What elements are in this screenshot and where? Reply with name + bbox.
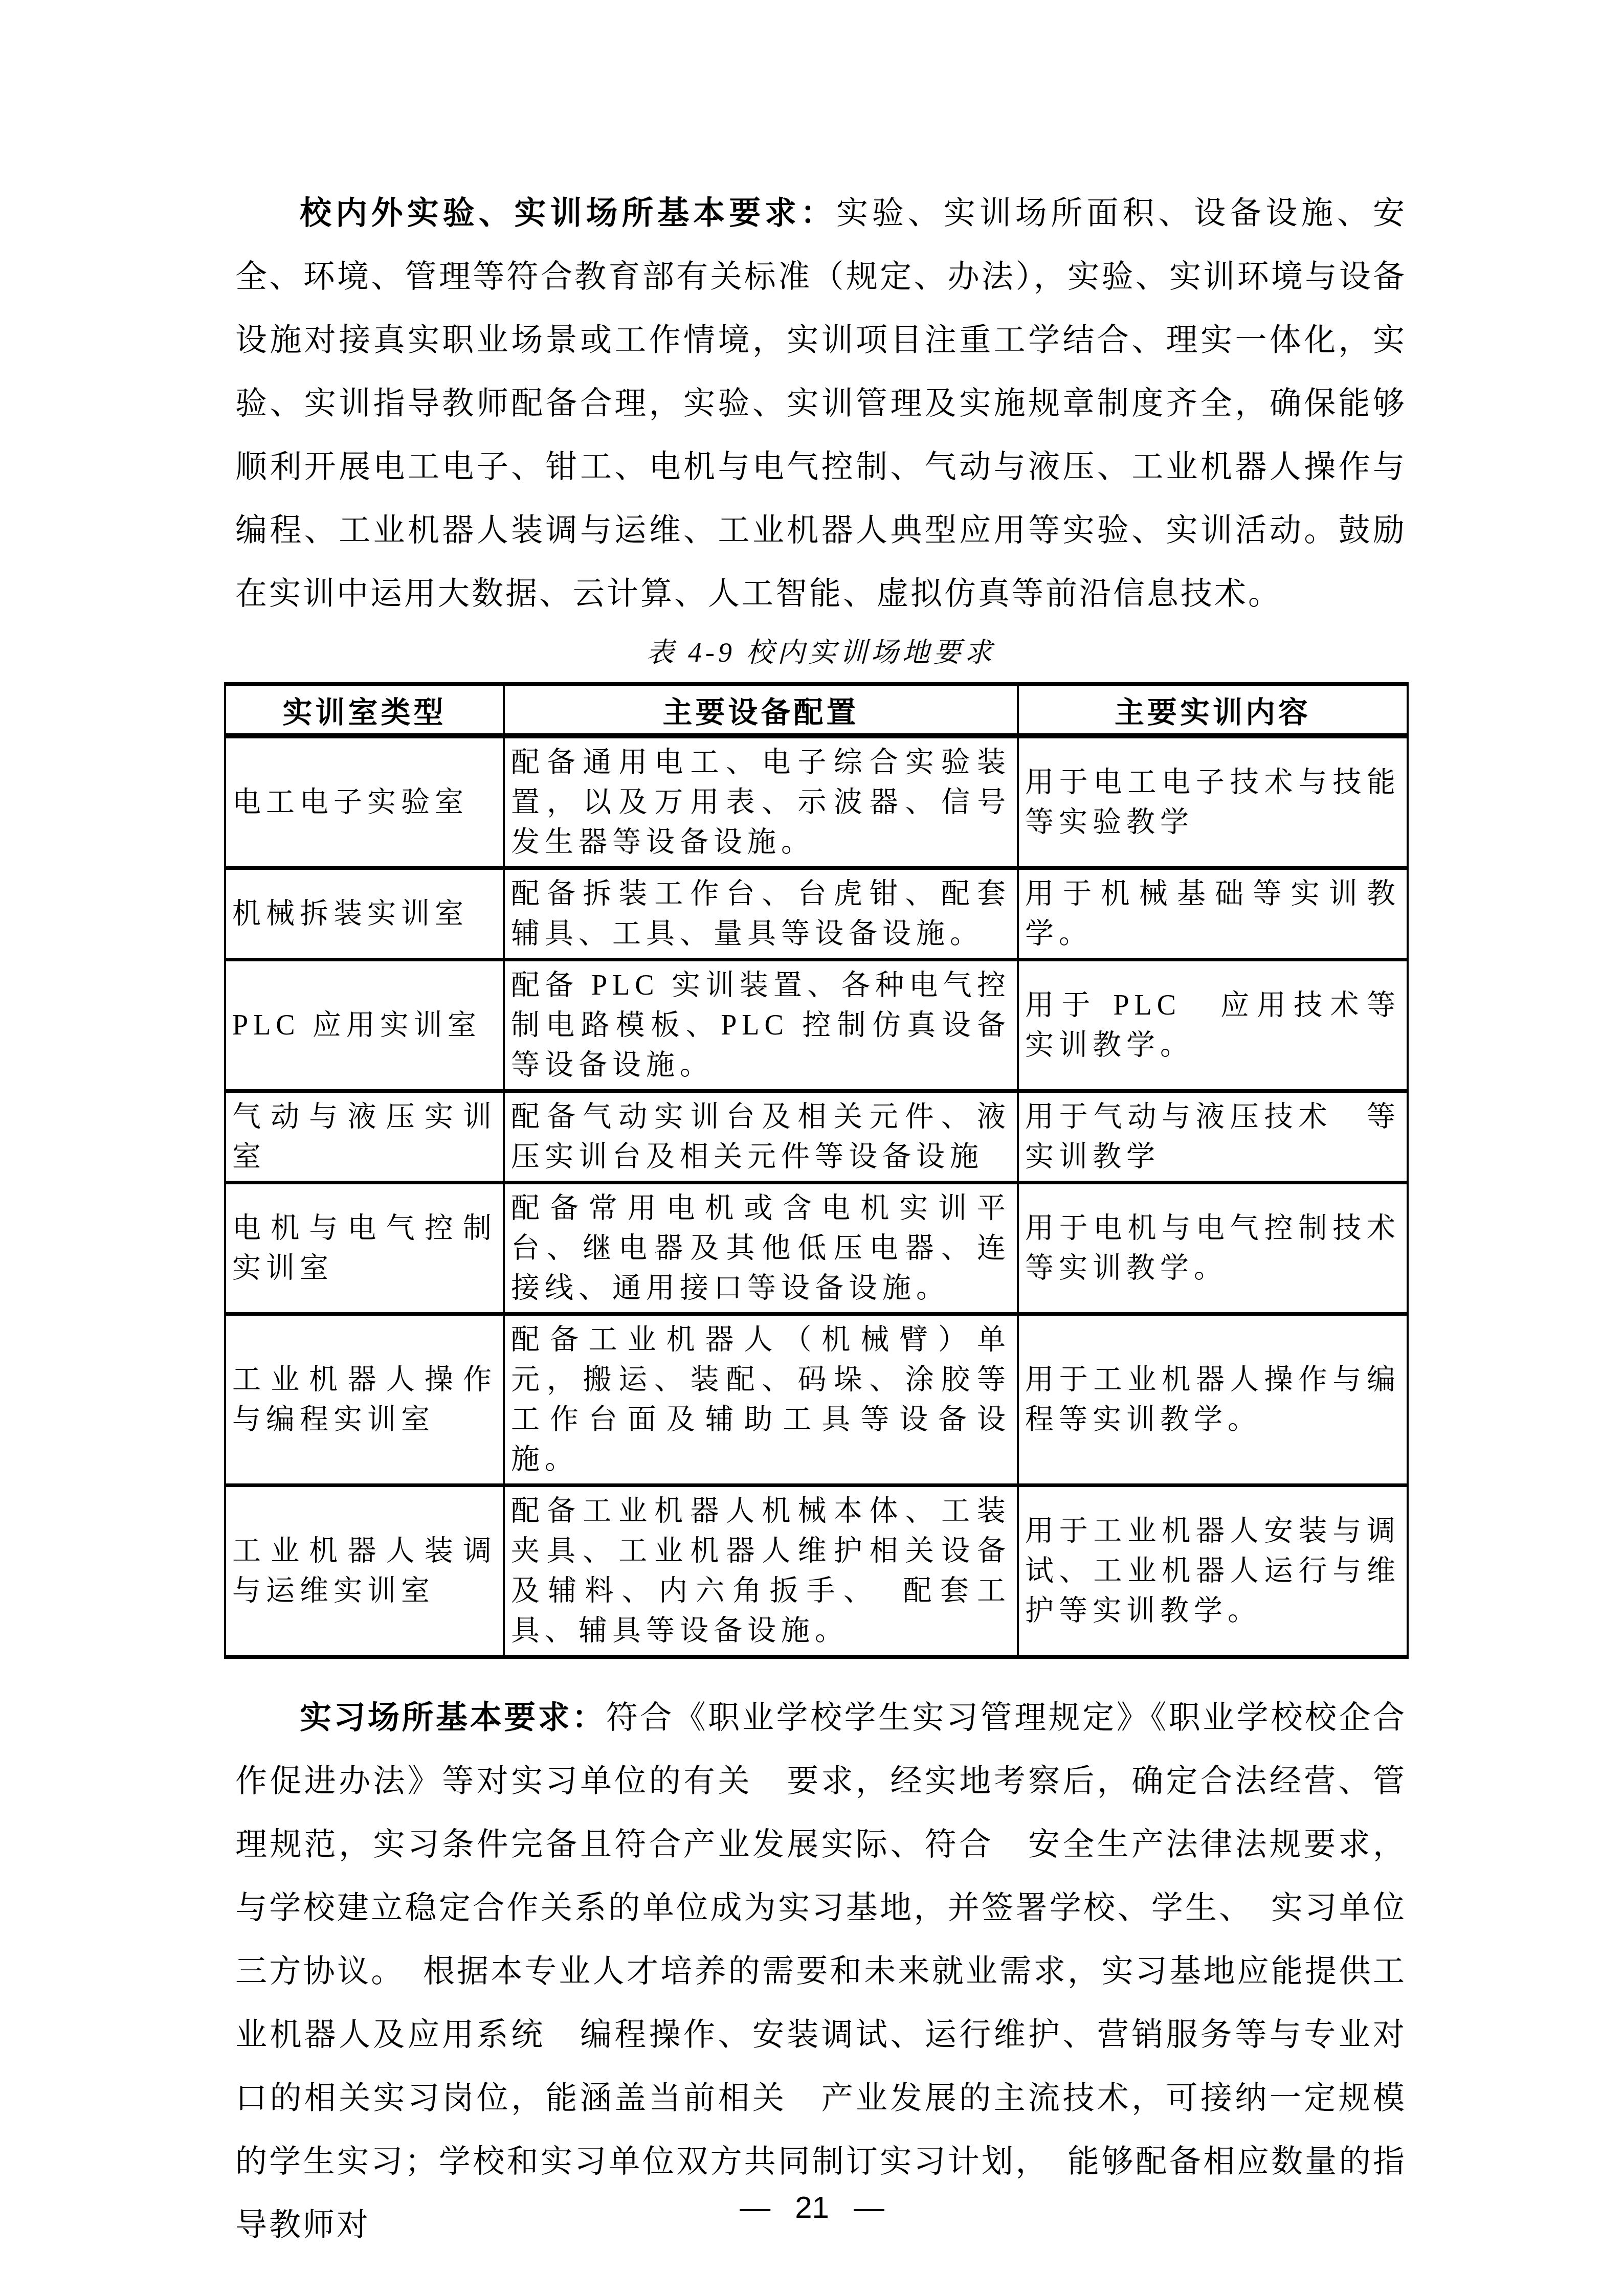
cell-equipment: 配备拆装工作台、台虎钳、配套辅具、工具、量具等设备设施。 bbox=[504, 868, 1018, 960]
cell-training-content: 用于工业机器人安装与调试、工业机器人运行与维护等实训教学。 bbox=[1018, 1485, 1408, 1657]
paragraph-facility-requirements-lead: 校内外实验、实训场所基本要求： bbox=[300, 196, 836, 231]
cell-room-type: 机械拆装实训室 bbox=[225, 868, 504, 960]
document-page: 校内外实验、实训场所基本要求：实验、实训场所面积、设备设施、安全、环境、管理等符… bbox=[0, 0, 1624, 2296]
table-row: 机械拆装实训室 配备拆装工作台、台虎钳、配套辅具、工具、量具等设备设施。 用于机… bbox=[225, 868, 1408, 960]
page-footer: —21— bbox=[0, 2190, 1624, 2225]
page-footer-dash-left: — bbox=[740, 2190, 770, 2224]
table-row: 工业机器人装调与运维实训室 配备工业机器人机械本体、工装夹具、工业机器人维护相关… bbox=[225, 1485, 1408, 1657]
paragraph-internship-requirements-lead: 实习场所基本要求： bbox=[300, 1701, 606, 1736]
table-header-row: 实训室类型 主要设备配置 主要实训内容 bbox=[225, 684, 1408, 736]
table-row: 电工电子实验室 配备通用电工、电子综合实验装置，以及万用表、示波器、信号发生器等… bbox=[225, 736, 1408, 868]
paragraph-internship-requirements: 实习场所基本要求：符合《职业学校学生实习管理规定》《职业学校校企合作促进办法》等… bbox=[235, 1686, 1407, 2257]
cell-training-content: 用于气动与液压技术 等实训教学 bbox=[1018, 1091, 1408, 1183]
cell-training-content: 用于电机与电气控制技术等实训教学。 bbox=[1018, 1183, 1408, 1314]
paragraph-facility-requirements: 校内外实验、实训场所基本要求：实验、实训场所面积、设备设施、安全、环境、管理等符… bbox=[235, 182, 1407, 626]
cell-room-type: 气动与液压实训室 bbox=[225, 1091, 504, 1183]
cell-equipment: 配备工业机器人机械本体、工装夹具、工业机器人维护相关设备及辅料、内六角扳手、 配… bbox=[504, 1485, 1018, 1657]
cell-equipment: 配备 PLC 实训装置、各种电气控制电路模板、PLC 控制仿真设备等设备设施。 bbox=[504, 960, 1018, 1091]
col-header-equipment: 主要设备配置 bbox=[504, 684, 1018, 736]
col-header-training-content: 主要实训内容 bbox=[1018, 684, 1408, 736]
table-row: PLC 应用实训室 配备 PLC 实训装置、各种电气控制电路模板、PLC 控制仿… bbox=[225, 960, 1408, 1091]
cell-room-type: PLC 应用实训室 bbox=[225, 960, 504, 1091]
paragraph-facility-requirements-text: 实验、实训场所面积、设备设施、安全、环境、管理等符合教育部有关标准（规定、办法）… bbox=[235, 196, 1407, 612]
cell-equipment: 配备常用电机或含电机实训平台、继电器及其他低压电器、连接线、通用接口等设备设施。 bbox=[504, 1183, 1018, 1314]
paragraph-internship-requirements-text: 符合《职业学校学生实习管理规定》《职业学校校企合作促进办法》等对实习单位的有关 … bbox=[235, 1701, 1407, 2243]
training-rooms-table: 实训室类型 主要设备配置 主要实训内容 电工电子实验室 配备通用电工、电子综合实… bbox=[224, 682, 1409, 1659]
col-header-room-type: 实训室类型 bbox=[225, 684, 504, 736]
table-row: 工业机器人操作与编程实训室 配备工业机器人（机械臂）单元，搬运、装配、码垛、涂胶… bbox=[225, 1314, 1408, 1485]
cell-room-type: 电工电子实验室 bbox=[225, 736, 504, 868]
page-footer-dash-right: — bbox=[854, 2190, 884, 2224]
cell-training-content: 用于机械基础等实训教学。 bbox=[1018, 868, 1408, 960]
table-caption: 表 4-9 校内实训场地要求 bbox=[235, 634, 1407, 671]
cell-training-content: 用于工业机器人操作与编程等实训教学。 bbox=[1018, 1314, 1408, 1485]
table-row: 电机与电气控制实训室 配备常用电机或含电机实训平台、继电器及其他低压电器、连接线… bbox=[225, 1183, 1408, 1314]
cell-training-content: 用于电工电子技术与技能等实验教学 bbox=[1018, 736, 1408, 868]
cell-equipment: 配备通用电工、电子综合实验装置，以及万用表、示波器、信号发生器等设备设施。 bbox=[504, 736, 1018, 868]
cell-room-type: 电机与电气控制实训室 bbox=[225, 1183, 504, 1314]
table-row: 气动与液压实训室 配备气动实训台及相关元件、液压实训台及相关元件等设备设施 用于… bbox=[225, 1091, 1408, 1183]
page-number: 21 bbox=[795, 2190, 829, 2224]
cell-equipment: 配备工业机器人（机械臂）单元，搬运、装配、码垛、涂胶等工作台面及辅助工具等设备设… bbox=[504, 1314, 1018, 1485]
cell-training-content: 用于 PLC 应用技术等实训教学。 bbox=[1018, 960, 1408, 1091]
cell-room-type: 工业机器人装调与运维实训室 bbox=[225, 1485, 504, 1657]
cell-equipment: 配备气动实训台及相关元件、液压实训台及相关元件等设备设施 bbox=[504, 1091, 1018, 1183]
page-content: 校内外实验、实训场所基本要求：实验、实训场所面积、设备设施、安全、环境、管理等符… bbox=[235, 182, 1407, 2257]
cell-room-type: 工业机器人操作与编程实训室 bbox=[225, 1314, 504, 1485]
